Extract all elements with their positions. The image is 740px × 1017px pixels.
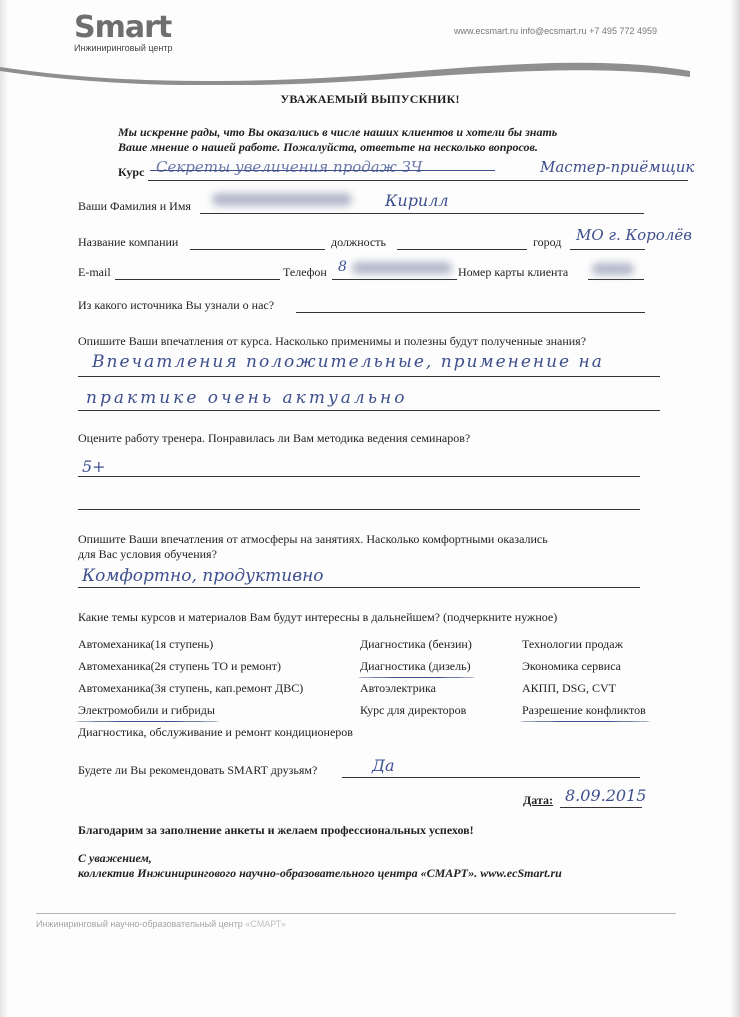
- topic-autoelectrics[interactable]: Автоэлектрика: [360, 681, 436, 696]
- logo-wordmark: Smart: [74, 12, 173, 44]
- course-impressions-line-2[interactable]: [78, 410, 660, 411]
- trainer-question: Оцените работу тренера. Понравилась ли В…: [78, 431, 470, 446]
- form-title: УВАЖАЕМЫЙ ВЫПУСКНИК!: [0, 92, 740, 107]
- topic-directors-course[interactable]: Курс для директоров: [360, 703, 466, 718]
- topic-automech-2[interactable]: Автомеханика(2я ступень ТО и ремонт): [78, 659, 281, 674]
- course-value: Мастер-приёмщик: [540, 158, 694, 176]
- recommend-question: Будете ли Вы рекомендовать SMART друзьям…: [78, 763, 317, 778]
- name-redacted-blur: [212, 193, 352, 206]
- topics-question: Какие темы курсов и материалов Вам будут…: [78, 610, 557, 625]
- topic-diagnostics-petrol[interactable]: Диагностика (бензин): [360, 637, 472, 652]
- signature-text: коллектив Инжинирингового научно-образов…: [78, 866, 562, 881]
- trainer-line-2[interactable]: [78, 509, 640, 510]
- topic-electromobiles[interactable]: Электромобили и гибриды: [78, 703, 215, 718]
- scan-edge-right: [730, 0, 740, 1017]
- phone-field-line[interactable]: [332, 279, 457, 280]
- course-strikethrough: [150, 170, 495, 171]
- phone-redacted-blur: [352, 262, 452, 274]
- atmosphere-question-2: для Вас условия обучения?: [78, 547, 217, 562]
- email-label: E-mail: [78, 265, 111, 280]
- footer-org-name: Инжиниринговый научно-образовательный це…: [36, 919, 243, 929]
- course-field-line[interactable]: [148, 180, 688, 181]
- name-field-line[interactable]: [200, 213, 644, 214]
- source-field-line[interactable]: [296, 312, 645, 313]
- course-impressions-answer-1: Впечатления положительные, применение на: [92, 352, 604, 372]
- city-label: город: [533, 235, 561, 250]
- date-label: Дата:: [523, 793, 553, 808]
- course-impressions-answer-2: практике очень актуально: [86, 388, 407, 408]
- topic-conflict-resolution[interactable]: Разрешение конфликтов: [522, 703, 646, 718]
- card-redacted-blur: [592, 263, 634, 275]
- name-label: Ваши Фамилия и Имя: [78, 199, 191, 214]
- city-field-line[interactable]: [570, 249, 645, 250]
- recommend-line[interactable]: [342, 777, 640, 778]
- topic-ac-service[interactable]: Диагностика, обслуживание и ремонт конди…: [78, 725, 353, 740]
- course-impressions-line-1[interactable]: [78, 376, 660, 377]
- date-value: 8.09.2015: [565, 786, 646, 805]
- card-label: Номер карты клиента: [458, 265, 568, 280]
- name-value: Кирилл: [385, 191, 449, 210]
- card-field-line[interactable]: [588, 279, 644, 280]
- topic-service-economics[interactable]: Экономика сервиса: [522, 659, 621, 674]
- position-field-line[interactable]: [397, 249, 527, 250]
- thanks-text: Благодарим за заполнение анкеты и желаем…: [78, 823, 474, 838]
- course-impressions-question: Опишите Ваши впечатления от курса. Наско…: [78, 334, 586, 349]
- source-label: Из какого источника Вы узнали о нас?: [78, 298, 274, 313]
- topic-diagnostics-diesel[interactable]: Диагностика (дизель): [360, 659, 471, 674]
- atmosphere-answer: Комфортно, продуктивно: [82, 566, 324, 586]
- position-label: должность: [331, 235, 386, 250]
- intro-line-2: Ваше мнение о нашей работе. Пожалуйста, …: [118, 140, 557, 155]
- trainer-answer: 5+: [82, 457, 106, 476]
- regards-text: С уважением,: [78, 851, 152, 866]
- scan-edge-left: [0, 0, 8, 1017]
- footer-text: Инжиниринговый научно-образовательный це…: [36, 919, 286, 929]
- topic-sales-technology[interactable]: Технологии продаж: [522, 637, 623, 652]
- course-struck-value: Секреты увеличения продаж ЗЧ: [156, 158, 422, 176]
- header-swoosh-decoration: [0, 55, 700, 85]
- email-field-line[interactable]: [115, 279, 280, 280]
- atmosphere-line[interactable]: [78, 587, 640, 588]
- footer-brand-mark: «СМАРТ»: [245, 919, 286, 929]
- intro-line-1: Мы искренне рады, что Вы оказались в чис…: [118, 125, 557, 140]
- company-label: Название компании: [78, 235, 178, 250]
- logo-subtitle: Инжиниринговый центр: [74, 43, 173, 53]
- phone-label: Телефон: [283, 265, 327, 280]
- topic-automech-1[interactable]: Автомеханика(1я ступень): [78, 637, 213, 652]
- course-label: Курс: [118, 165, 144, 180]
- intro-text: Мы искренне рады, что Вы оказались в чис…: [118, 125, 557, 155]
- atmosphere-question-1: Опишите Ваши впечатления от атмосферы на…: [78, 532, 548, 547]
- date-line[interactable]: [560, 807, 642, 808]
- header-contacts: www.ecsmart.ru info@ecsmart.ru +7 495 77…: [454, 26, 657, 36]
- recommend-answer: Да: [372, 756, 395, 775]
- footer-divider: [36, 913, 676, 914]
- trainer-line-1[interactable]: [78, 476, 640, 477]
- phone-value: 8: [338, 259, 347, 275]
- city-value: МО г. Королёв: [576, 226, 692, 244]
- smart-logo: Smart Инжиниринговый центр: [74, 12, 173, 53]
- topic-automech-3[interactable]: Автомеханика(3я ступень, кап.ремонт ДВС): [78, 681, 303, 696]
- topic-transmissions[interactable]: АКПП, DSG, CVT: [522, 681, 616, 696]
- company-field-line[interactable]: [190, 249, 325, 250]
